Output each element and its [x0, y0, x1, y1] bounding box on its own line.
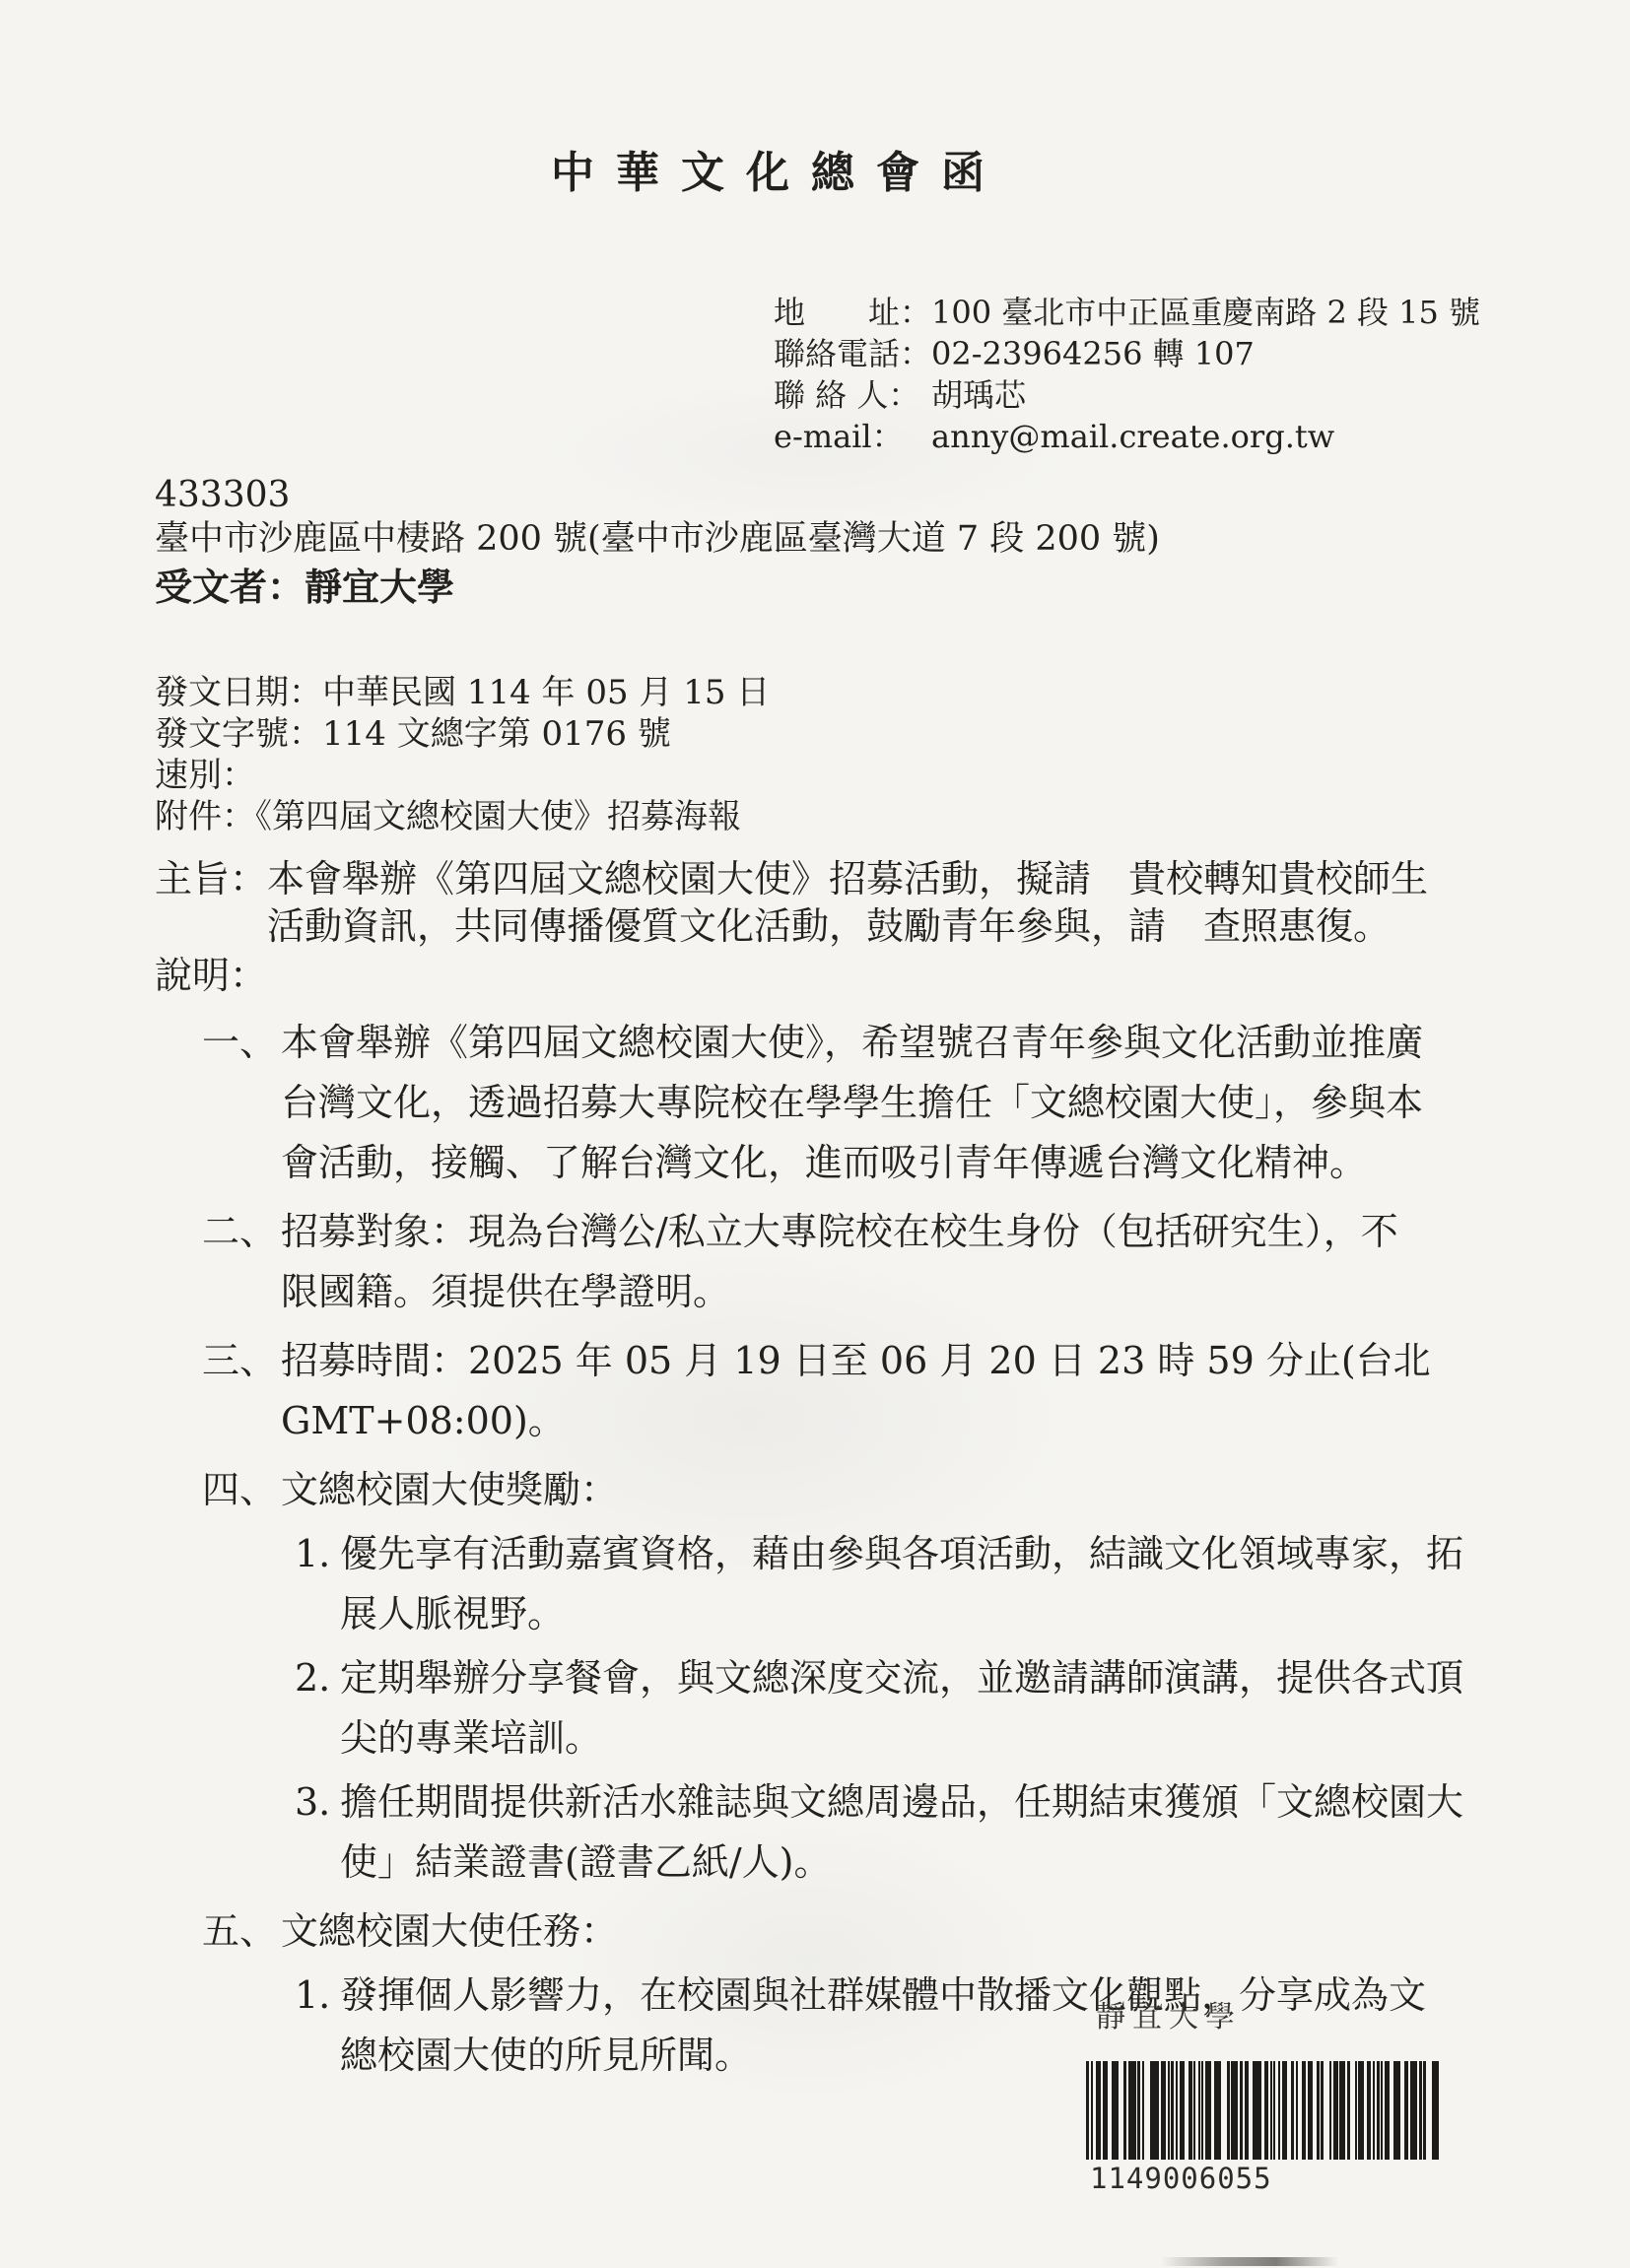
scan-artifact [1161, 2257, 1338, 2266]
sender-address-value: 100 臺北市中正區重慶南路 2 段 15 號 [931, 294, 1480, 331]
sender-email-value: anny@mail.create.org.tw [931, 418, 1334, 455]
subject-block: 主旨： 本會舉辦《第四屆文總校園大使》招募活動，擬請 貴校轉知貴校師生 活動資訊… [155, 855, 1428, 950]
subitem-line: 尖的專業培訓。 [340, 1708, 1542, 1768]
item-line: 招募對象：現為台灣公/私立大專院校在校生身份（包括研究生），不 [281, 1202, 1542, 1262]
subitem-line: 擔任期間提供新活水雜誌與文總周邊品，任期結束獲頒「文總校園大 [340, 1772, 1542, 1833]
subitem-marker: 2. [295, 1648, 340, 1768]
subitem-text: 優先享有活動嘉賓資格，藉由參與各項活動，結識文化領域專家，拓 展人脈視野。 [340, 1524, 1542, 1644]
recipient-block: 433303 臺中市沙鹿區中棲路 200 號(臺中市沙鹿區臺灣大道 7 段 20… [155, 475, 1160, 613]
item-text: 招募時間：2025 年 05 月 19 日至 06 月 20 日 23 時 59… [281, 1331, 1542, 1451]
attachment-label: 附件： [155, 797, 255, 836]
subject-line: 本會舉辦《第四屆文總校園大使》招募活動，擬請 貴校轉知貴校師生 [267, 855, 1428, 902]
speed-row: 速別： [155, 755, 770, 796]
subject-label: 主旨： [155, 855, 267, 950]
attachment-row: 附件：《第四屆文總校園大使》招募海報 [155, 796, 770, 837]
sender-contact-label: 聯 絡 人： [774, 374, 931, 416]
subitem-marker: 3. [295, 1772, 340, 1893]
sender-contact-row: 聯 絡 人：胡瑀芯 [774, 374, 1480, 416]
item-line: 台灣文化，透過招募大專院校在學學生擔任「文總校園大使」，參與本 [281, 1073, 1542, 1133]
recipient-postal-code: 433303 [155, 475, 1160, 516]
item-text: 文總校園大使任務： 1. 發揮個人影響力，在校園與社群媒體中散播文化觀點，分享成… [281, 1901, 1542, 2086]
issue-date-value: 中華民國 114 年 05 月 15 日 [322, 673, 770, 712]
item-line: 招募時間：2025 年 05 月 19 日至 06 月 20 日 23 時 59… [281, 1331, 1542, 1391]
sender-contact-value: 胡瑀芯 [931, 376, 1026, 414]
speed-label: 速別： [155, 756, 255, 795]
subitem-line: 發揮個人影響力，在校園與社群媒體中散播文化觀點，分享成為文 [340, 1966, 1542, 2026]
subitem-text: 定期舉辦分享餐會，與文總深度交流，並邀請講師演講，提供各式頂 尖的專業培訓。 [340, 1648, 1542, 1768]
item-4: 四、 文總校園大使獎勵： 1. 優先享有活動嘉賓資格，藉由參與各項活動，結識文化… [202, 1460, 1542, 1893]
item-text: 文總校園大使獎勵： 1. 優先享有活動嘉賓資格，藉由參與各項活動，結識文化領域專… [281, 1460, 1542, 1893]
subject-text: 本會舉辦《第四屆文總校園大使》招募活動，擬請 貴校轉知貴校師生 活動資訊，共同傳… [267, 855, 1428, 950]
subject-line: 活動資訊，共同傳播優質文化活動，鼓勵青年參與，請 查照惠復。 [267, 902, 1428, 950]
sender-email-label: e-mail： [774, 416, 931, 457]
subitem-text: 擔任期間提供新活水雜誌與文總周邊品，任期結束獲頒「文總校園大 使」結業證書(證書… [340, 1772, 1542, 1893]
item-marker: 三、 [202, 1331, 281, 1451]
sender-email-row: e-mail：anny@mail.create.org.tw [774, 416, 1480, 457]
scanned-letter-page: 中華文化總會函 地 址：100 臺北市中正區重慶南路 2 段 15 號 聯絡電話… [0, 0, 1630, 2268]
doc-number-value: 114 文總字第 0176 號 [322, 714, 671, 754]
recipient-name: 靜宜大學 [305, 565, 454, 609]
item-5: 五、 文總校園大使任務： 1. 發揮個人影響力，在校園與社群媒體中散播文化觀點，… [202, 1901, 1542, 2086]
subitem-line: 優先享有活動嘉賓資格，藉由參與各項活動，結識文化領域專家，拓 [340, 1524, 1542, 1584]
attachment-value: 《第四屆文總校園大使》招募海報 [255, 797, 741, 836]
sender-info-block: 地 址：100 臺北市中正區重慶南路 2 段 15 號 聯絡電話：02-2396… [774, 292, 1480, 457]
item-line: 會活動，接觸、了解台灣文化，進而吸引青年傳遞台灣文化精神。 [281, 1133, 1542, 1193]
item-line: 文總校園大使任務： [281, 1901, 1542, 1962]
barcode-number: 1149006055 [1090, 2162, 1272, 2195]
sender-address-label: 地 址： [774, 292, 931, 333]
item-line: 本會舉辦《第四屆文總校園大使》，希望號召青年參與文化活動並推廣 [281, 1013, 1542, 1073]
recipient-label: 受文者： [155, 565, 305, 609]
item-line: 限國籍。須提供在學證明。 [281, 1262, 1542, 1322]
letter-title: 中華文化總會函 [0, 146, 1557, 201]
subitem-4-1: 1. 優先享有活動嘉賓資格，藉由參與各項活動，結識文化領域專家，拓 展人脈視野。 [295, 1524, 1542, 1644]
item-text: 本會舉辦《第四屆文總校園大使》，希望號召青年參與文化活動並推廣 台灣文化，透過招… [281, 1013, 1542, 1193]
recipient-address: 臺中市沙鹿區中棲路 200 號(臺中市沙鹿區臺灣大道 7 段 200 號) [155, 516, 1160, 562]
item-marker: 五、 [202, 1901, 281, 2086]
sender-phone-row: 聯絡電話：02-23964256 轉 107 [774, 333, 1480, 374]
doc-number-row: 發文字號：114 文總字第 0176 號 [155, 713, 770, 755]
issue-date-label: 發文日期： [155, 673, 322, 712]
explanation-items: 一、 本會舉辦《第四屆文總校園大使》，希望號召青年參與文化活動並推廣 台灣文化，… [202, 1013, 1542, 2095]
subitem-line: 使」結業證書(證書乙紙/人)。 [340, 1833, 1542, 1893]
document-meta-block: 發文日期：中華民國 114 年 05 月 15 日 發文字號：114 文總字第 … [155, 672, 770, 837]
sender-address-row: 地 址：100 臺北市中正區重慶南路 2 段 15 號 [774, 292, 1480, 333]
item-3: 三、 招募時間：2025 年 05 月 19 日至 06 月 20 日 23 時… [202, 1331, 1542, 1451]
doc-number-label: 發文字號： [155, 714, 322, 754]
explanation-label: 說明： [155, 952, 267, 999]
subitem-marker: 1. [295, 1524, 340, 1644]
item-text: 招募對象：現為台灣公/私立大專院校在校生身份（包括研究生），不 限國籍。須提供在… [281, 1202, 1542, 1322]
sender-phone-label: 聯絡電話： [774, 333, 931, 374]
subitem-4-3: 3. 擔任期間提供新活水雜誌與文總周邊品，任期結束獲頒「文總校園大 使」結業證書… [295, 1772, 1542, 1893]
item-marker: 一、 [202, 1013, 281, 1193]
barcode [1086, 2061, 1439, 2160]
item-marker: 四、 [202, 1460, 281, 1893]
item-line: GMT+08:00)。 [281, 1391, 1542, 1451]
footer-school-name: 靜宜大學 [1096, 1998, 1242, 2037]
subitem-line: 展人脈視野。 [340, 1584, 1542, 1644]
item-2: 二、 招募對象：現為台灣公/私立大專院校在校生身份（包括研究生），不 限國籍。須… [202, 1202, 1542, 1322]
item-marker: 二、 [202, 1202, 281, 1322]
subitem-marker: 1. [295, 1966, 340, 2086]
recipient-line: 受文者：靜宜大學 [155, 562, 1160, 613]
item-line: 文總校園大使獎勵： [281, 1460, 1542, 1520]
issue-date-row: 發文日期：中華民國 114 年 05 月 15 日 [155, 672, 770, 713]
sender-phone-value: 02-23964256 轉 107 [931, 335, 1255, 372]
item-1: 一、 本會舉辦《第四屆文總校園大使》，希望號召青年參與文化活動並推廣 台灣文化，… [202, 1013, 1542, 1193]
subitem-4-2: 2. 定期舉辦分享餐會，與文總深度交流，並邀請講師演講，提供各式頂 尖的專業培訓… [295, 1648, 1542, 1768]
subitem-line: 定期舉辦分享餐會，與文總深度交流，並邀請講師演講，提供各式頂 [340, 1648, 1542, 1708]
